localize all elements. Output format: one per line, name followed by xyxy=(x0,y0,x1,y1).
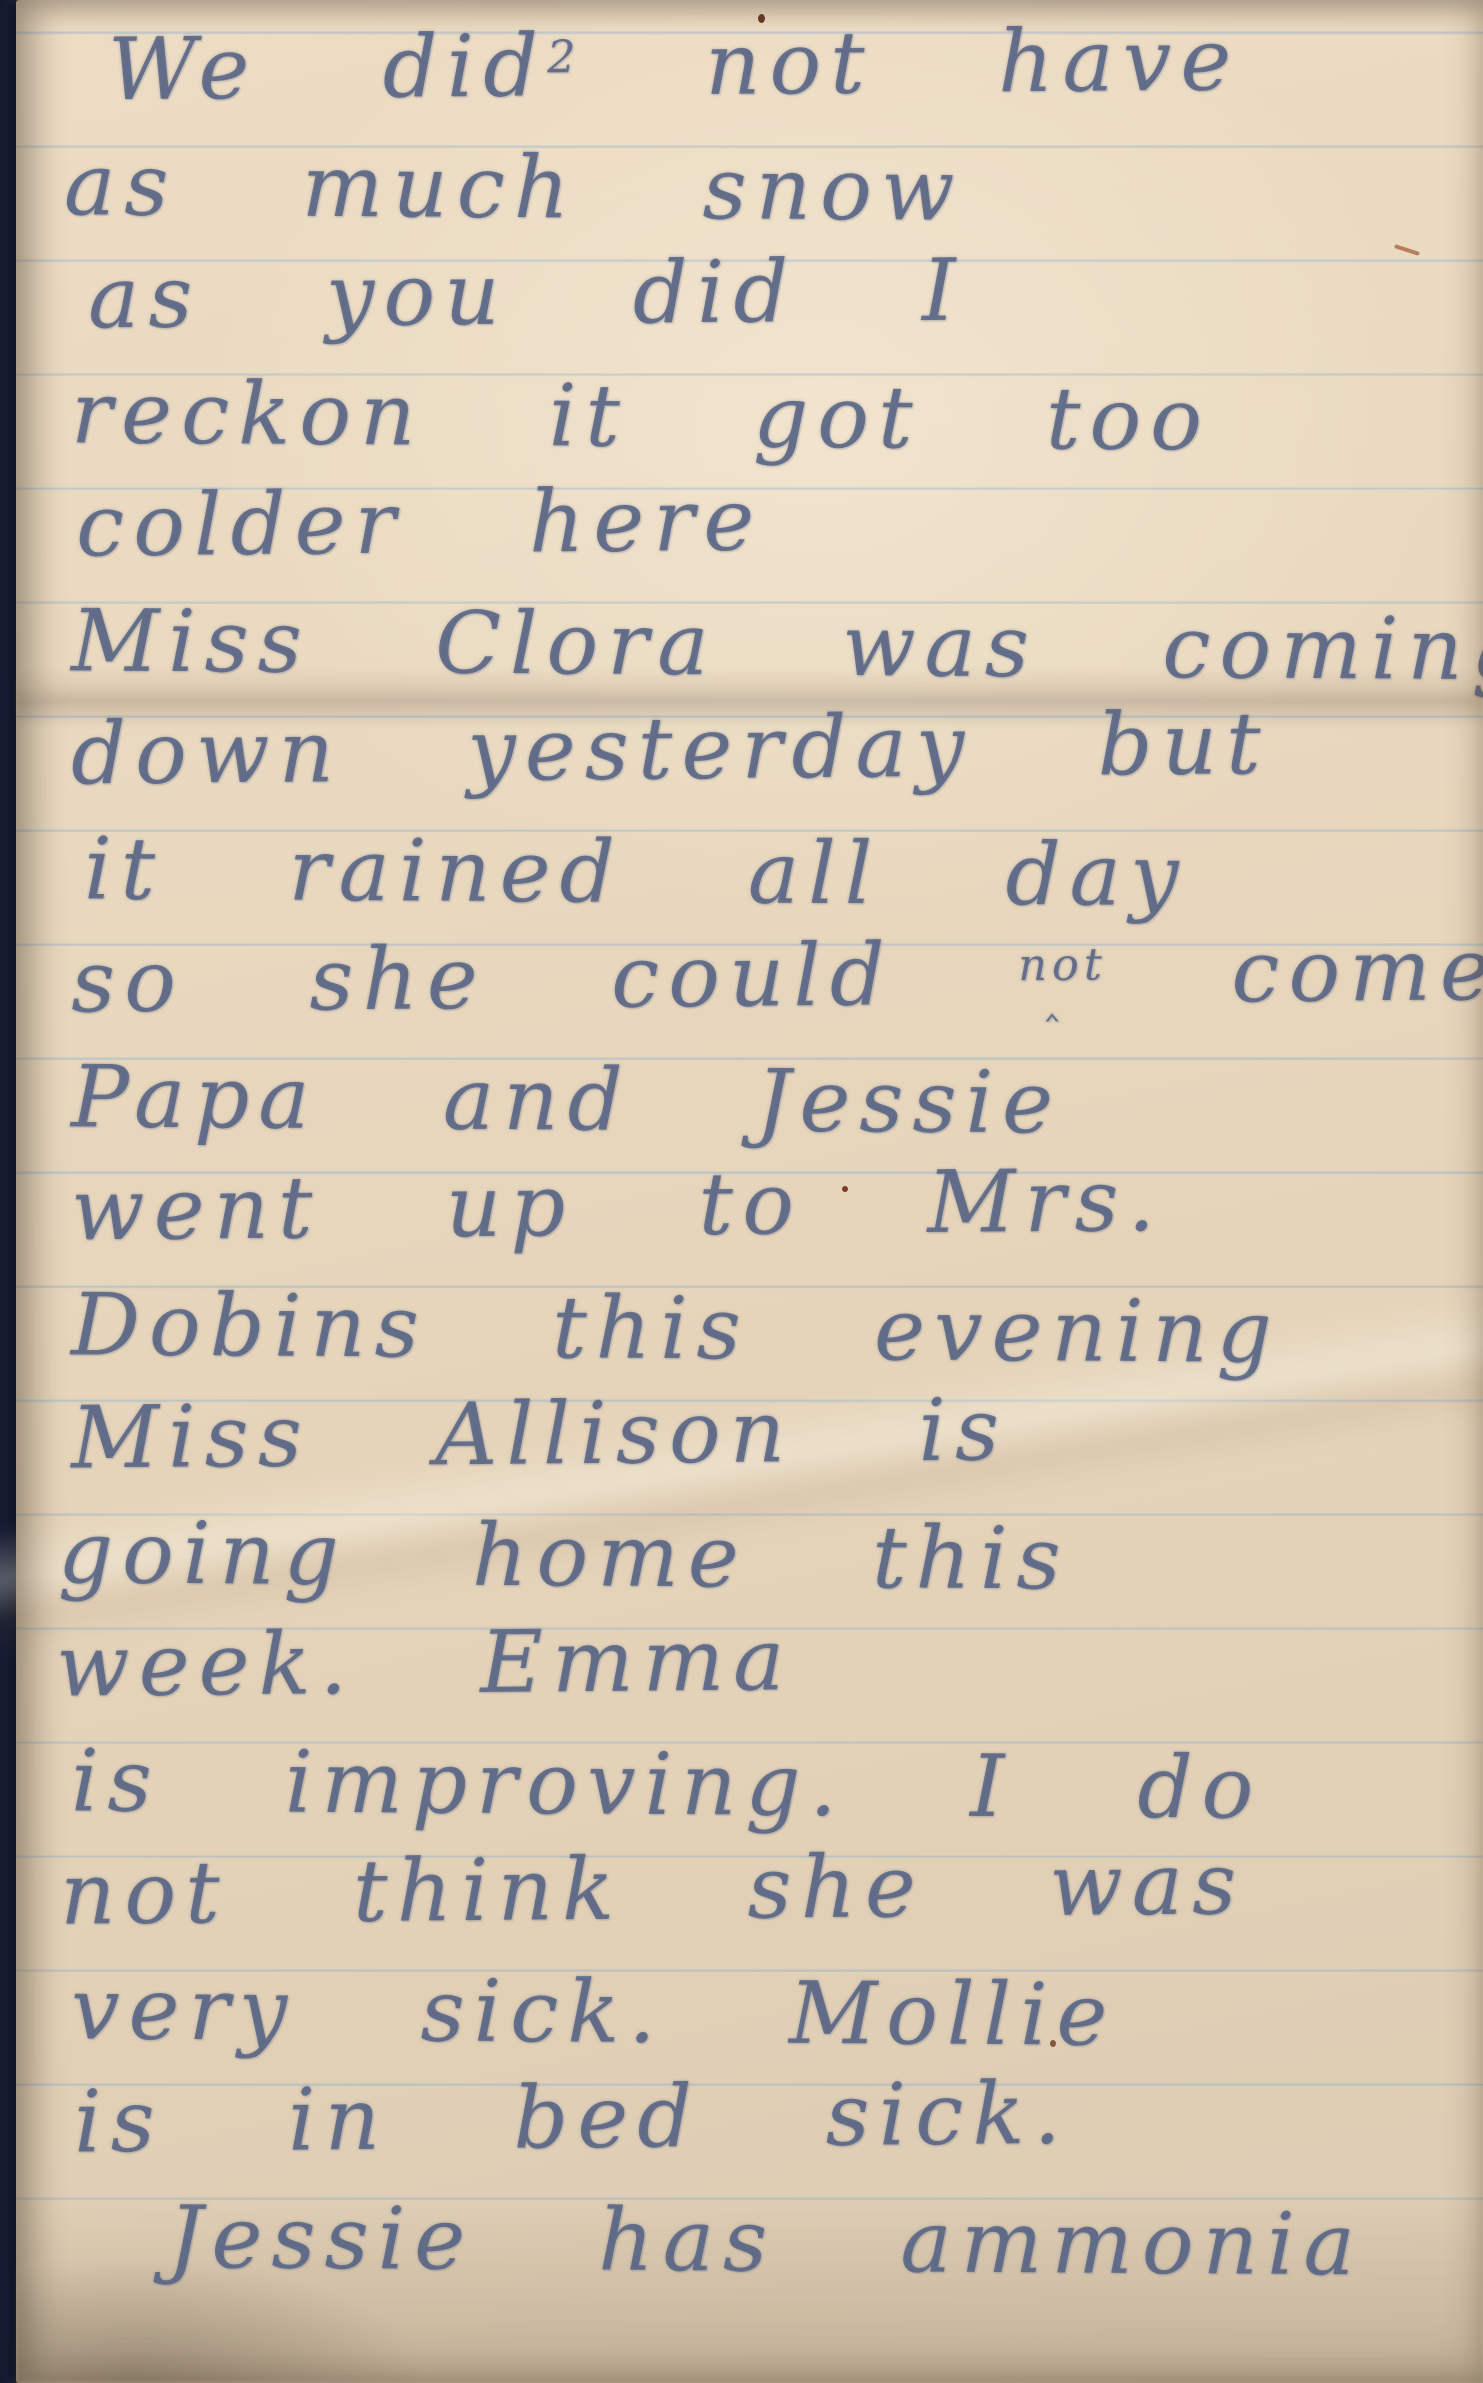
handwriting-segment: Miss Clora was coming xyxy=(71,591,1483,700)
handwriting-segment: so she could xyxy=(71,924,1019,1032)
handwritten-line: not think she was xyxy=(16,1825,1478,1952)
handwritten-line: is in bed sick. xyxy=(16,2053,1478,2180)
handwriting-segment: not think she was xyxy=(60,1834,1246,1944)
handwriting-segment: Papa and Jessie xyxy=(71,1047,1063,1153)
handwritten-line: colder here xyxy=(16,457,1478,584)
handwriting-segment: We did xyxy=(108,16,548,120)
handwriting-segment: week. Emma xyxy=(56,1610,794,1716)
handwriting-segment: colder here xyxy=(76,470,764,576)
handwritten-line: week. Emma xyxy=(16,1597,1478,1724)
handwriting-segment: as much snow xyxy=(64,135,964,240)
handwriting-segment: is in bed sick. xyxy=(74,2064,1071,2173)
handwriting-text: We did2 not haveas much snowas you did I… xyxy=(16,14,1477,2294)
handwriting-segment: down yesterday but xyxy=(71,694,1270,804)
handwritten-line: as you did I xyxy=(16,229,1478,356)
handwritten-line: We did2 not have xyxy=(16,1,1478,128)
handwriting-segment: as you did I xyxy=(88,241,966,349)
handwriting-segment: not have xyxy=(580,10,1240,116)
handwriting-segment: it rained all day xyxy=(84,819,1188,926)
handwriting-segment: come xyxy=(1106,920,1483,1023)
handwriting-segment: reckon it got too xyxy=(71,363,1212,470)
inserted-word: not xyxy=(1018,964,1107,965)
handwriting-segment: going home this xyxy=(58,1503,1070,1609)
scanned-letter-page: We did2 not haveas much snowas you did I… xyxy=(0,0,1483,2383)
handwriting-segment: Miss Allison is xyxy=(71,1380,1009,1488)
handwriting-segment: is improving. I do xyxy=(71,1731,1263,1838)
handwritten-line: Jessie has ammonia xyxy=(16,2180,1478,2303)
handwriting-segment: Dobins this evening xyxy=(71,1275,1281,1382)
handwritten-line: down yesterday but xyxy=(16,685,1478,812)
handwritten-line: Miss Allison is xyxy=(16,1369,1478,1496)
handwritten-line: so she could not come xyxy=(16,913,1478,1040)
handwriting-segment: Jessie has ammonia xyxy=(168,2188,1364,2295)
letter-paper: We did2 not haveas much snowas you did I… xyxy=(16,0,1483,2383)
handwritten-line: went up to Mrs. xyxy=(16,1141,1478,1268)
handwriting-segment: went up to Mrs. xyxy=(71,1151,1165,1261)
handwriting-segment: very sick. Mollie xyxy=(71,1959,1117,2065)
